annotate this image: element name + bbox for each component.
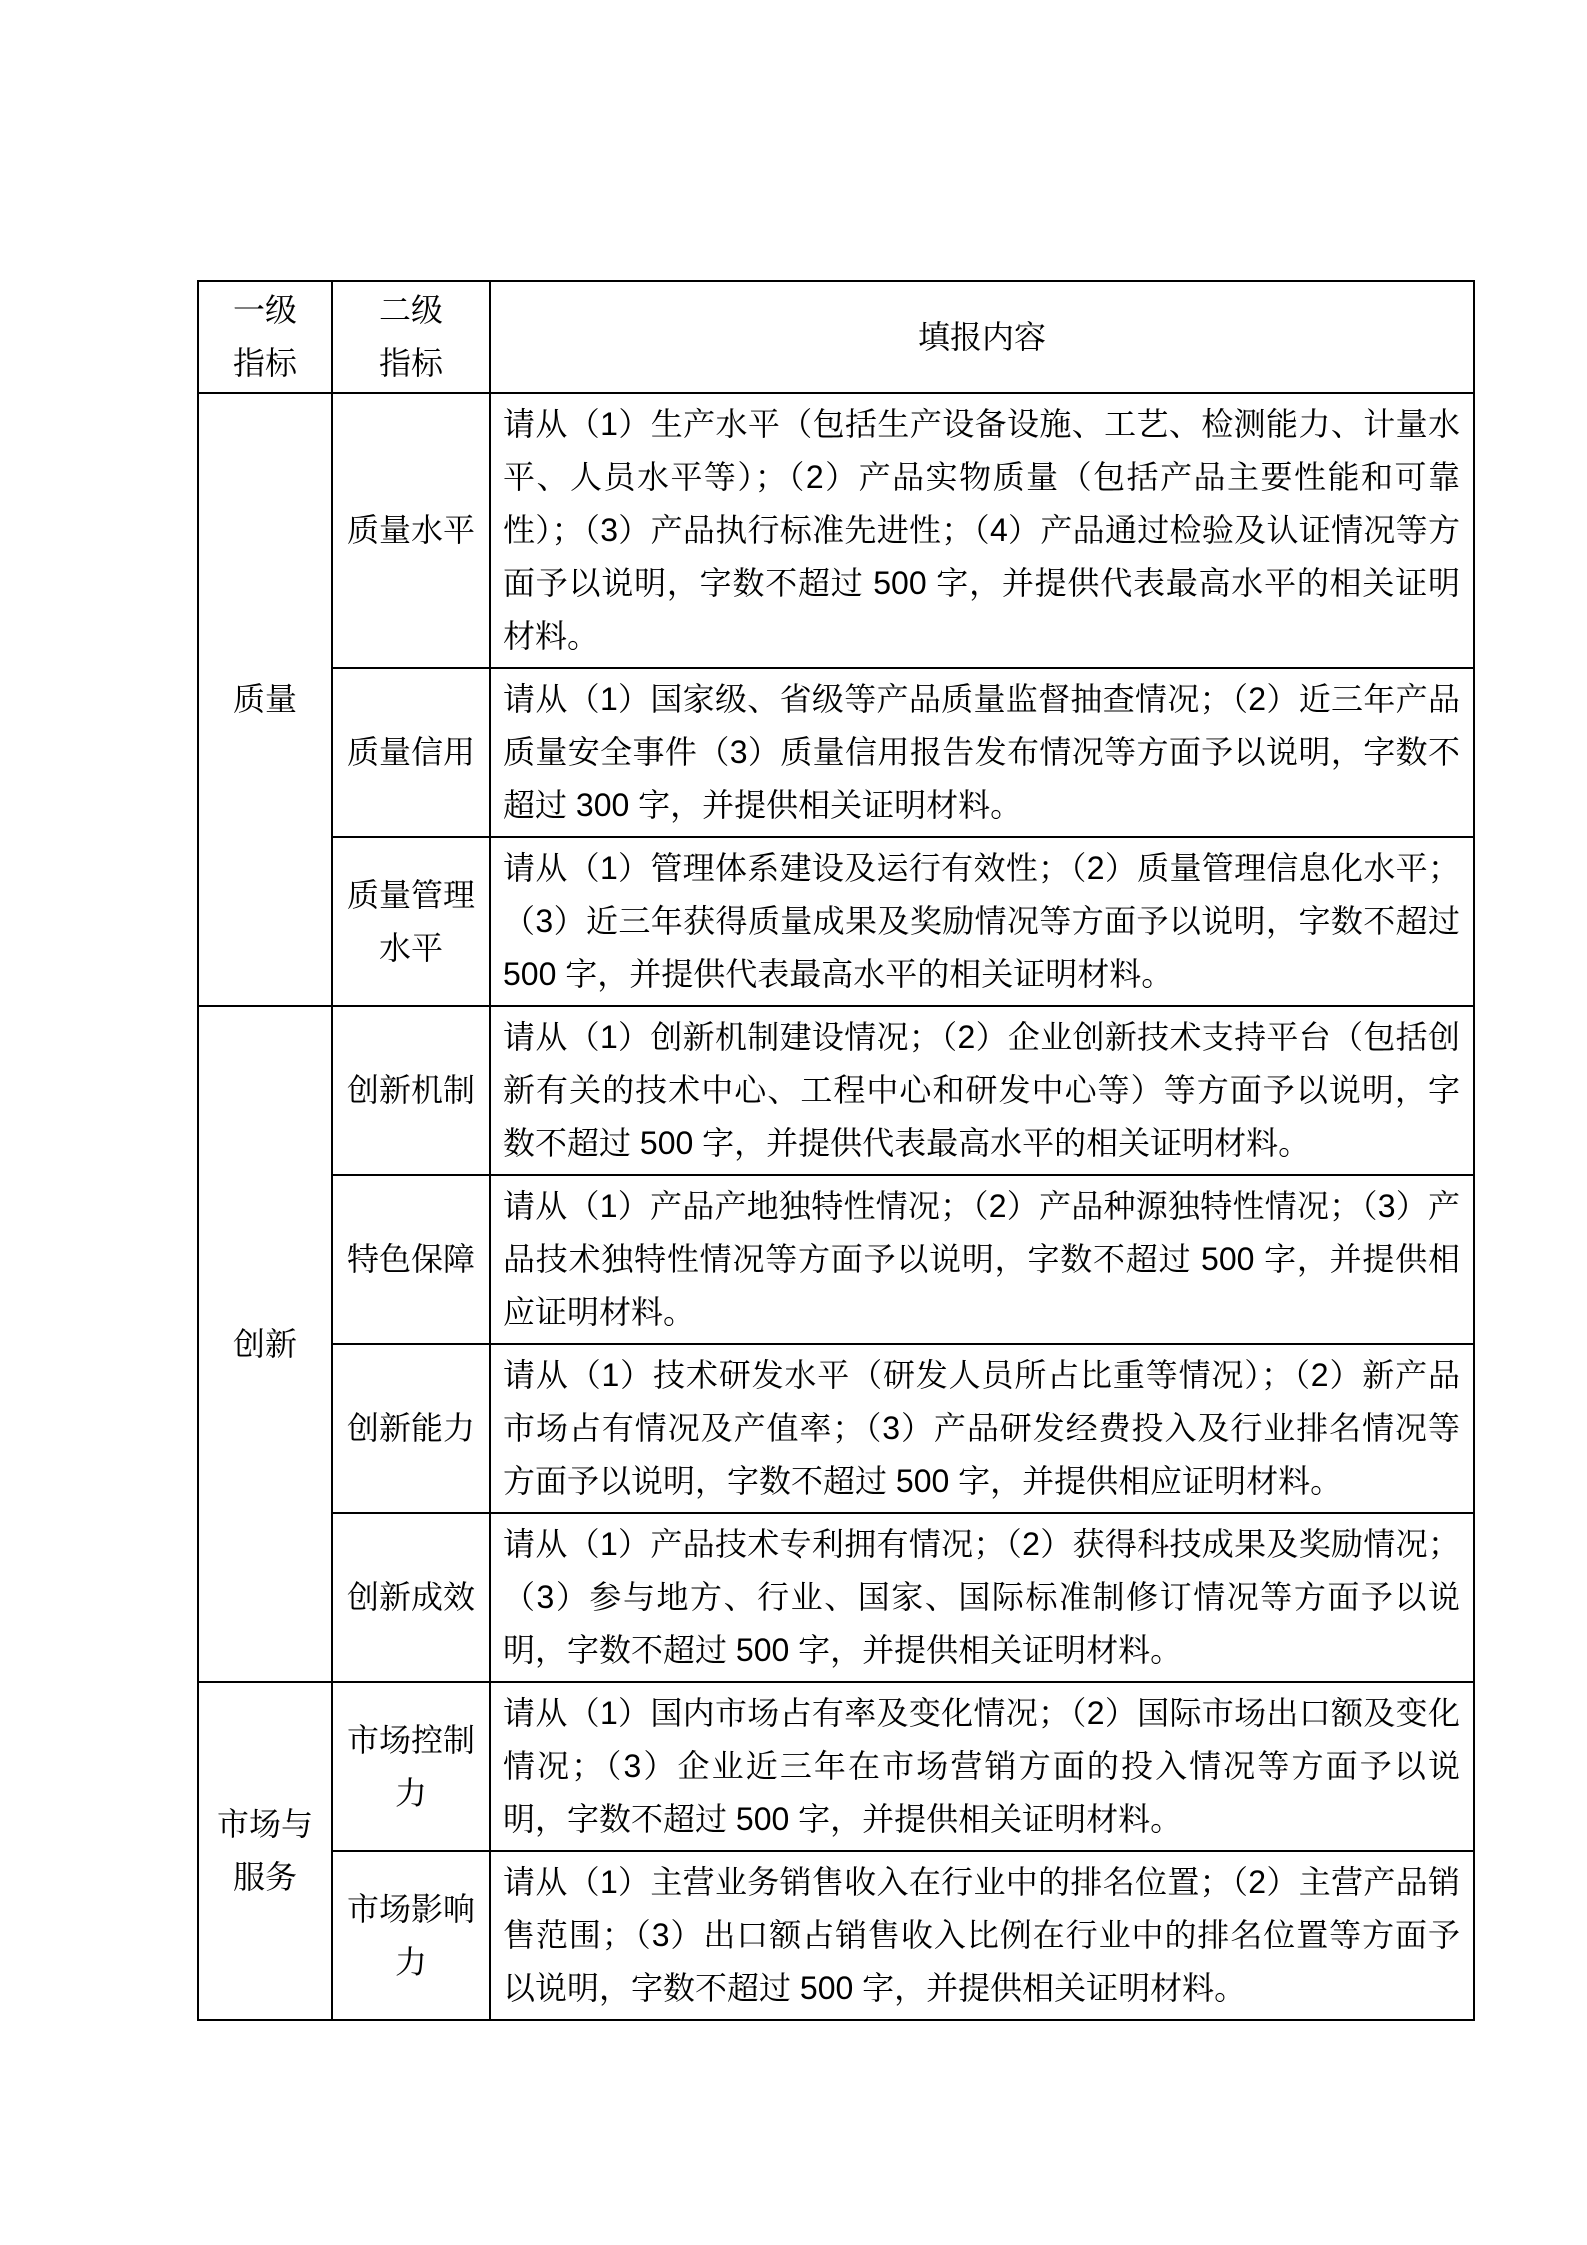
content-cell: 请从（1）创新机制建设情况；（2）企业创新技术支持平台（包括创新有关的技术中心、… <box>490 1006 1474 1175</box>
table-row: 市场与 服务 市场控制 力 请从（1）国内市场占有率及变化情况；（2）国际市场出… <box>198 1682 1474 1851</box>
table-row: 创新成效 请从（1）产品技术专利拥有情况；（2）获得科技成果及奖励情况；（3）参… <box>198 1513 1474 1682</box>
table-row: 质量信用 请从（1）国家级、省级等产品质量监督抽查情况；（2）近三年产品质量安全… <box>198 668 1474 837</box>
table-row: 创新 创新机制 请从（1）创新机制建设情况；（2）企业创新技术支持平台（包括创新… <box>198 1006 1474 1175</box>
content-cell: 请从（1）产品产地独特性情况；（2）产品种源独特性情况；（3）产品技术独特性情况… <box>490 1175 1474 1344</box>
indicator-cell: 市场控制 力 <box>332 1682 490 1851</box>
indicator-cell: 质量管理 水平 <box>332 837 490 1006</box>
indicator-cell: 创新能力 <box>332 1344 490 1513</box>
document-page: 一级 指标 二级 指标 填报内容 质量 质量水平 请从（1）生产水平（包括生产设… <box>0 0 1587 2245</box>
indicator-cell: 创新机制 <box>332 1006 490 1175</box>
group-cell-market-service: 市场与 服务 <box>198 1682 332 2020</box>
header-fill-content: 填报内容 <box>490 281 1474 393</box>
header-level2-indicator: 二级 指标 <box>332 281 490 393</box>
table-row: 创新能力 请从（1）技术研发水平（研发人员所占比重等情况）；（2）新产品市场占有… <box>198 1344 1474 1513</box>
content-cell: 请从（1）国内市场占有率及变化情况；（2）国际市场出口额及变化情况；（3）企业近… <box>490 1682 1474 1851</box>
group-cell-innovation: 创新 <box>198 1006 332 1682</box>
content-cell: 请从（1）产品技术专利拥有情况；（2）获得科技成果及奖励情况；（3）参与地方、行… <box>490 1513 1474 1682</box>
table-row: 特色保障 请从（1）产品产地独特性情况；（2）产品种源独特性情况；（3）产品技术… <box>198 1175 1474 1344</box>
group-cell-quality: 质量 <box>198 393 332 1006</box>
content-cell: 请从（1）技术研发水平（研发人员所占比重等情况）；（2）新产品市场占有情况及产值… <box>490 1344 1474 1513</box>
indicator-cell: 质量信用 <box>332 668 490 837</box>
indicator-table: 一级 指标 二级 指标 填报内容 质量 质量水平 请从（1）生产水平（包括生产设… <box>197 280 1475 2021</box>
table-row: 质量 质量水平 请从（1）生产水平（包括生产设备设施、工艺、检测能力、计量水平、… <box>198 393 1474 668</box>
content-cell: 请从（1）生产水平（包括生产设备设施、工艺、检测能力、计量水平、人员水平等）；（… <box>490 393 1474 668</box>
indicator-cell: 质量水平 <box>332 393 490 668</box>
content-cell: 请从（1）国家级、省级等产品质量监督抽查情况；（2）近三年产品质量安全事件（3）… <box>490 668 1474 837</box>
indicator-cell: 市场影响 力 <box>332 1851 490 2020</box>
content-cell: 请从（1）主营业务销售收入在行业中的排名位置；（2）主营产品销售范围；（3）出口… <box>490 1851 1474 2020</box>
header-level1-indicator: 一级 指标 <box>198 281 332 393</box>
indicator-cell: 特色保障 <box>332 1175 490 1344</box>
table-row: 质量管理 水平 请从（1）管理体系建设及运行有效性；（2）质量管理信息化水平；（… <box>198 837 1474 1006</box>
indicator-cell: 创新成效 <box>332 1513 490 1682</box>
content-cell: 请从（1）管理体系建设及运行有效性；（2）质量管理信息化水平；（3）近三年获得质… <box>490 837 1474 1006</box>
table-row: 市场影响 力 请从（1）主营业务销售收入在行业中的排名位置；（2）主营产品销售范… <box>198 1851 1474 2020</box>
table-header-row: 一级 指标 二级 指标 填报内容 <box>198 281 1474 393</box>
